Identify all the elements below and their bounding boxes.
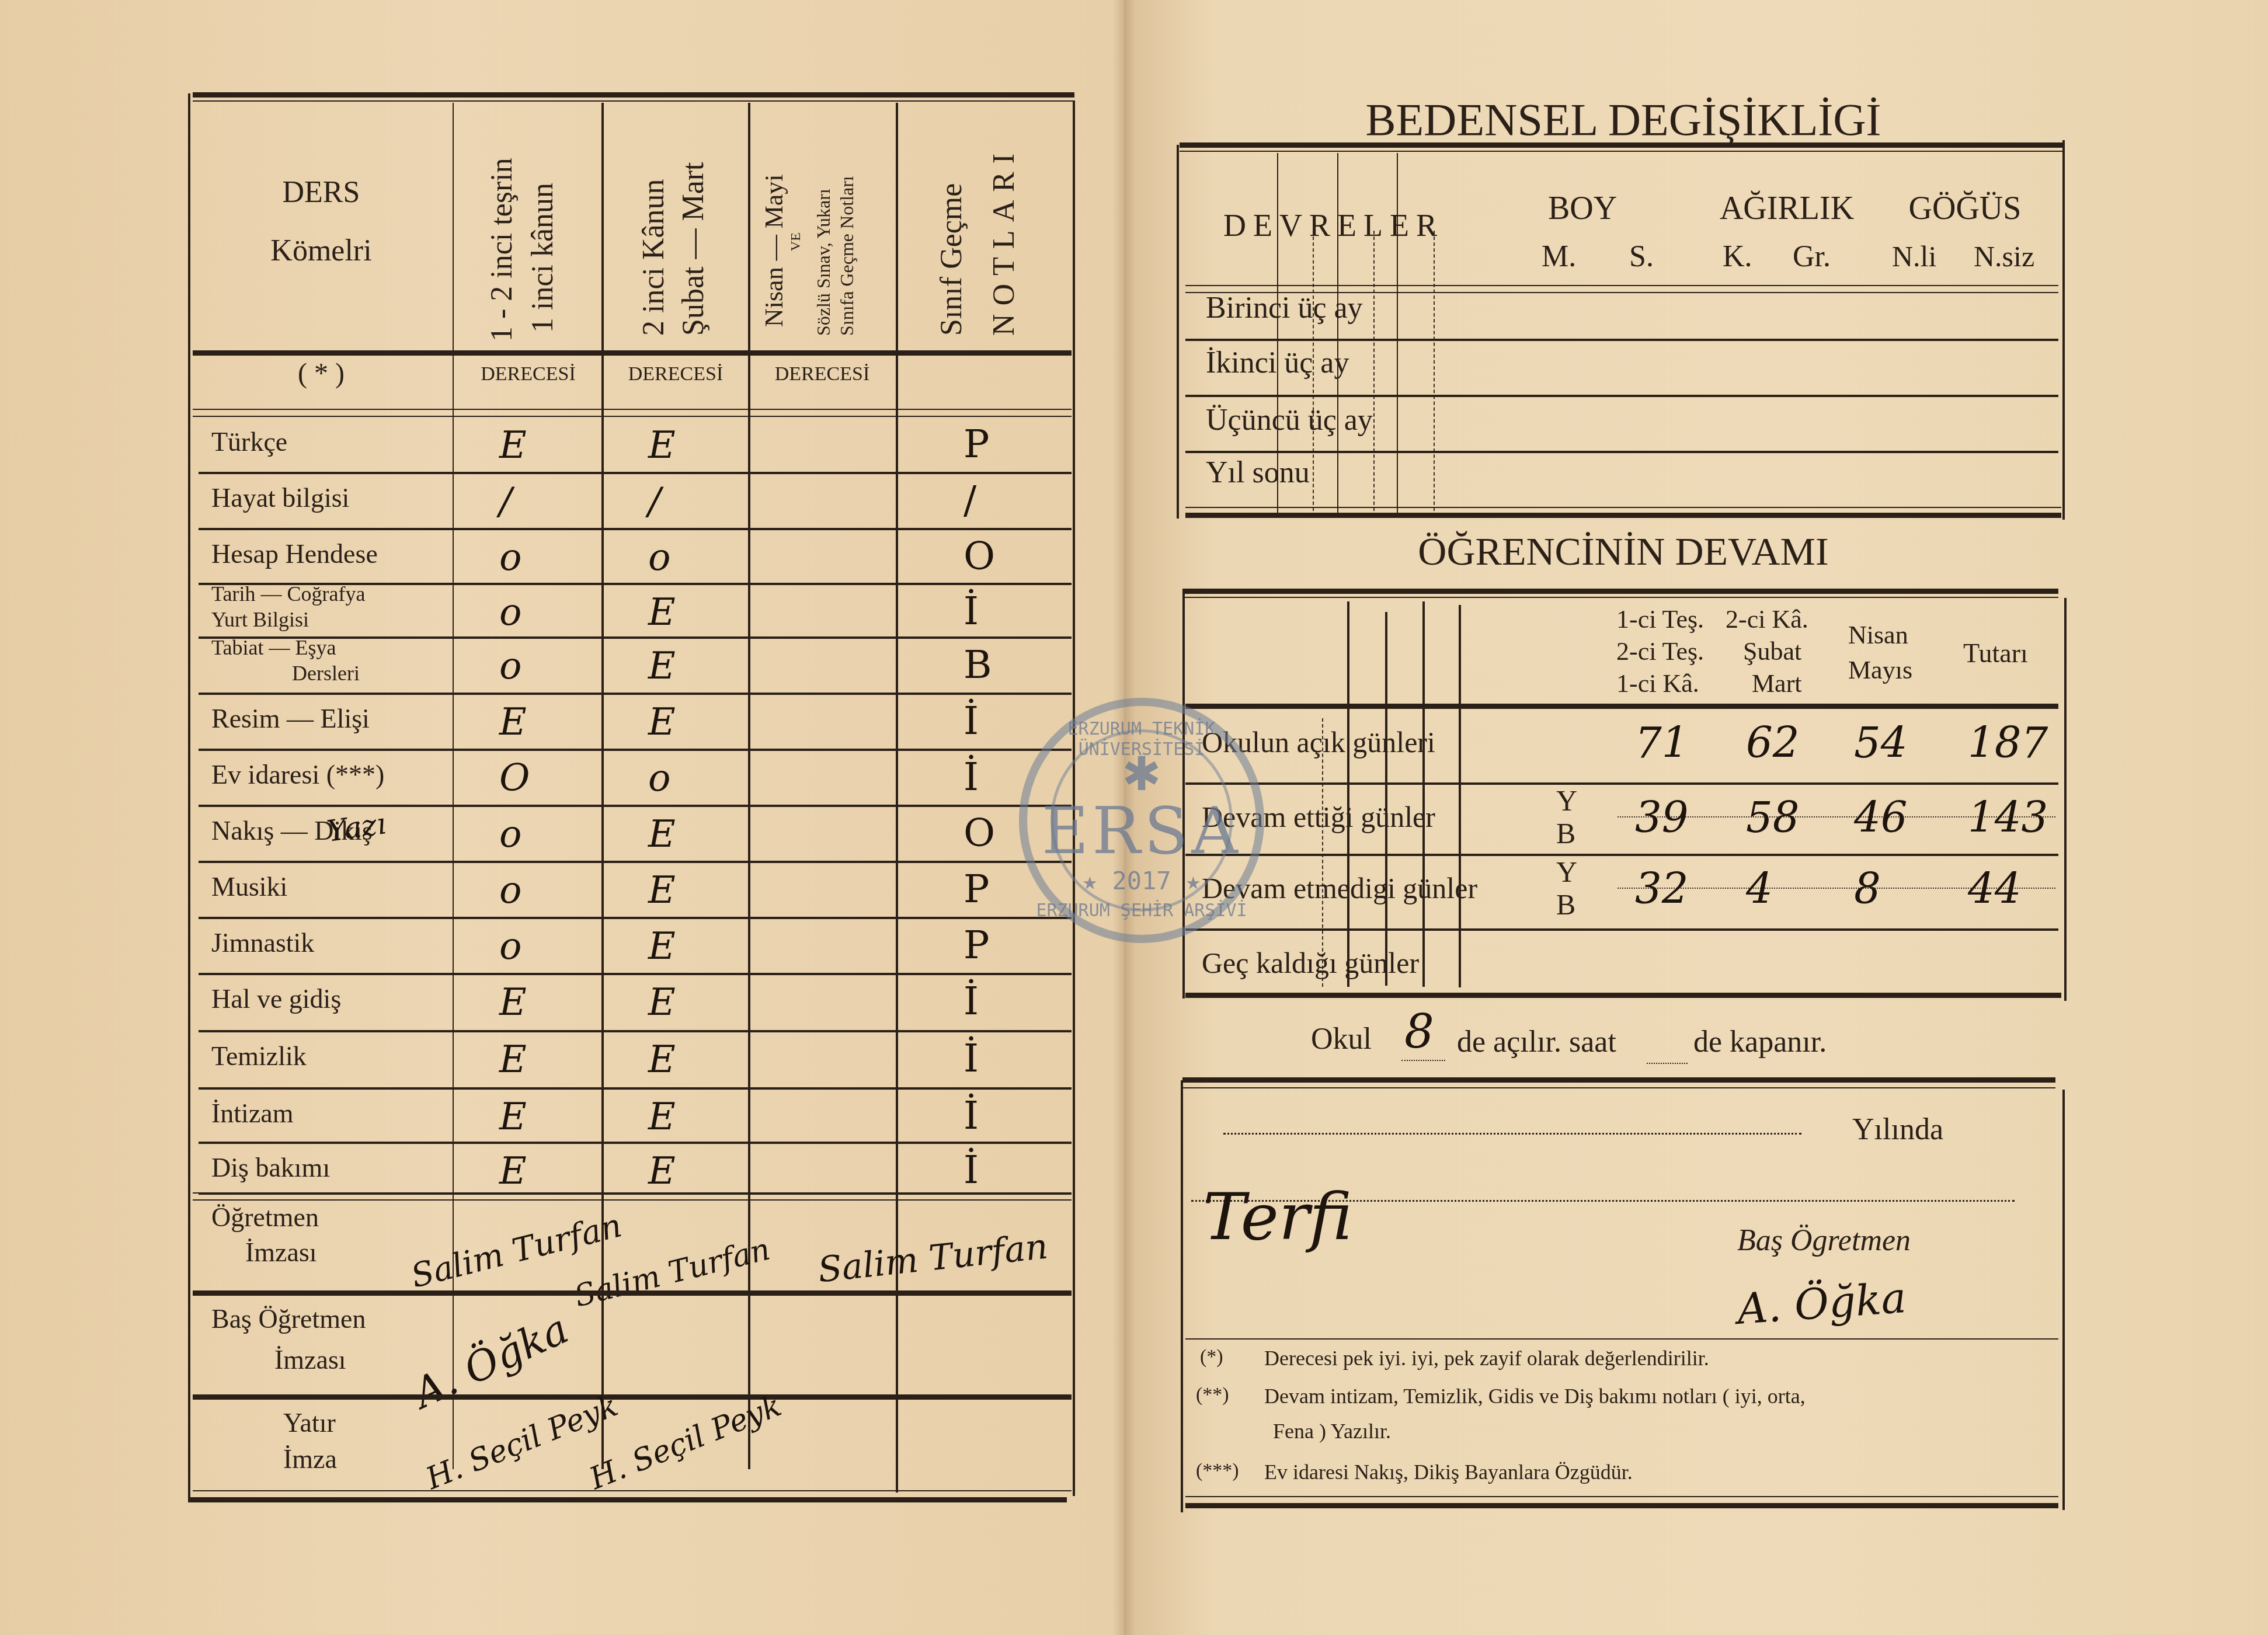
year-blank (1223, 1133, 1801, 1135)
grade-term1: o (499, 536, 522, 579)
open-hour: 8 (1404, 1004, 1434, 1059)
bedensel-top-border (1180, 142, 2064, 148)
subject-name: Hayat bilgisi (211, 482, 349, 513)
subject-name: İntizam (211, 1098, 294, 1129)
subject-name: Hal ve gidiş (211, 983, 341, 1014)
grade-term2: E (648, 1095, 676, 1139)
grade-final: İ (963, 698, 979, 743)
subject-name: Jimnastik (211, 927, 314, 958)
subject-name: Temizlik (211, 1041, 307, 1072)
agirlik-k: K. (1723, 239, 1752, 274)
agirlik-gr: Gr. (1793, 239, 1831, 274)
subject-name: Türkçe (211, 426, 287, 457)
grade-final: P (963, 422, 989, 467)
devam-value: 8 (1854, 864, 1881, 913)
row-divider (199, 1087, 1072, 1090)
devam-value: 44 (1968, 864, 2022, 913)
boy-s: S. (1629, 239, 1654, 274)
subject-name: Ev idaresi (***) (211, 759, 384, 790)
row-divider (199, 973, 1072, 975)
stamp-center-text: ERSA (1027, 794, 1256, 868)
grade-final: / (963, 478, 976, 523)
devam-row-label: Geç kaldığı günler (1202, 946, 1419, 980)
header-divider (193, 350, 1072, 356)
col4-header-line1: Sınıf Geçme (934, 183, 969, 336)
devam-bottom-border (1185, 993, 2061, 998)
promo-right-border (2062, 1090, 2065, 1510)
bedensel-bottom-border (1185, 513, 2061, 518)
bedensel-row-2: İkinci üç ay (1206, 346, 1349, 380)
grade-final: İ (963, 1147, 979, 1192)
footnote-2-text: Devam intizam, Temizlik, Gidis ve Diş ba… (1264, 1384, 1806, 1408)
footnote-1-text: Derecesi pek iyi. iyi, pek zayif olarak … (1264, 1346, 1709, 1370)
hours-closes: de kapanır. (1693, 1025, 1827, 1059)
teacher-label-1: Öğretmen (211, 1202, 319, 1233)
devam-value: 4 (1746, 864, 1773, 913)
sig-divider-mid (193, 1290, 1072, 1296)
sig-divider-top-1 (193, 1192, 1072, 1194)
footnote-2-text2: Fena ) Yazılır. (1273, 1419, 1391, 1443)
col2-header-line2: Şubat — Mart (676, 162, 711, 336)
footnote-1-mark: (*) (1200, 1346, 1223, 1368)
grade-final: P (963, 923, 989, 968)
sig-divider-bottom (193, 1394, 1072, 1400)
grade-term2: E (648, 701, 676, 744)
grade-term1: E (499, 981, 527, 1024)
footnotes-divider (1185, 1338, 2058, 1340)
gogus-nsiz: N.siz (1974, 239, 2034, 273)
subject-name: Tabiat — Eşya (211, 635, 336, 660)
promo-top-border (1182, 1077, 2055, 1083)
footnote-2-mark: (**) (1196, 1384, 1229, 1406)
col3-header-line1: Nisan — Mayi (759, 174, 789, 327)
hours-okul: Okul (1311, 1022, 1372, 1056)
col-divider-4 (896, 103, 898, 1493)
footnote-3-mark: (***) (1196, 1460, 1239, 1482)
devam-row-divider (1185, 854, 2058, 856)
stamp-year: ★ 2017 ★ (1027, 867, 1256, 895)
grade-term1: o (499, 645, 522, 688)
bedensel-agirlik-split (1373, 231, 1375, 517)
derece-label-2: DERECESİ (606, 363, 746, 385)
grade-final: P (963, 867, 989, 912)
col4-header-line2: NOTLARI (987, 145, 1021, 336)
derece-label-3: DERECESİ (752, 363, 892, 385)
devam-col1-l3: 1-ci Kâ. (1616, 669, 1699, 698)
devam-col1-l1: 1-ci Teş. (1616, 604, 1704, 634)
grade-term1: o (499, 925, 522, 968)
bedensel-gogus-split (1434, 231, 1435, 517)
archive-stamp: ERZURUM TEKNİK ÜNİVERSİTESİ ✱ ERSA ★ 201… (1019, 698, 1264, 943)
row-divider (199, 749, 1072, 751)
head-label-2: İmzası (274, 1344, 346, 1375)
promo-bottom-border (1185, 1503, 2058, 1508)
yb-y: Y (1556, 855, 1577, 889)
devam-col3-l1: Nisan (1848, 620, 1908, 650)
grade-term1: E (499, 701, 527, 744)
grade-final: İ (963, 1036, 979, 1081)
row-divider (199, 861, 1072, 863)
grade-term1: o (499, 869, 522, 912)
table-left-border (188, 93, 190, 1501)
table-bottom-border (188, 1497, 1067, 1502)
derece-label-1: DERECESİ (457, 363, 600, 385)
devam-value: 39 (1635, 793, 1689, 842)
row-divider (199, 917, 1072, 919)
devam-col2-l3: Mart (1752, 669, 1802, 698)
col1-header-line1: 1 - 2 inci teşrin (485, 158, 519, 342)
subject-name: Musiki (211, 871, 287, 902)
boy-header: BOY (1507, 190, 1658, 227)
bedensel-row-divider-2 (1185, 395, 2058, 397)
col3-header-line4: Sınıfa Geçme Notları (836, 176, 858, 336)
devam-row-divider (1185, 928, 2058, 931)
devam-top-border (1182, 589, 2058, 594)
subject-name: Tarih — Coğrafya (211, 582, 365, 606)
grade-term1: E (499, 1095, 527, 1139)
yb-b: B (1556, 816, 1575, 850)
footnote-3-text: Ev idaresi Nakış, Dikiş Bayanlara Özgüdü… (1264, 1460, 1633, 1484)
bedensel-row-4: Yıl sonu (1206, 455, 1310, 490)
grade-final: İ (963, 1093, 979, 1138)
promotion-result: Terfi (1203, 1180, 1352, 1254)
subject-name: Hesap Hendese (211, 538, 378, 569)
grade-term2: E (648, 645, 676, 688)
gogus-nli: N.li (1892, 239, 1936, 273)
row-divider (199, 805, 1072, 807)
devam-right-border (2064, 598, 2067, 1001)
subject-name-line2: Yurt Bilgisi (211, 607, 309, 632)
grade-term2: E (648, 424, 676, 467)
devam-value: 143 (1968, 793, 2048, 842)
grade-term1: E (499, 424, 527, 467)
devam-row-divider (1185, 782, 2058, 785)
devam-top-border-inner (1182, 597, 2058, 598)
bedensel-top-border-inner (1180, 151, 2064, 152)
close-hour-blank (1647, 1063, 1688, 1064)
yilinda-label: Yılında (1852, 1112, 1943, 1147)
table-bottom-border-inner (193, 1490, 1072, 1491)
grade-term2: E (648, 869, 676, 912)
yb-b: B (1556, 888, 1575, 921)
devam-value: 54 (1854, 718, 1908, 767)
grade-final: B (963, 642, 992, 687)
bedensel-row-divider-3 (1185, 451, 2058, 453)
open-hour-blank (1401, 1060, 1445, 1061)
yb-y: Y (1556, 784, 1577, 817)
table-top-border-inner (193, 100, 1074, 102)
bedensel-header-divider-1 (1185, 285, 2058, 286)
grade-term1: o (499, 591, 522, 634)
grade-final: O (963, 534, 995, 579)
ders-title: DERS (234, 175, 409, 210)
devam-value: 32 (1635, 864, 1689, 913)
head-label-1: Baş Öğretmen (211, 1303, 366, 1334)
col3-header-line3: Sözlü Sınav, Yukarı (813, 189, 834, 336)
grade-final: İ (963, 589, 979, 634)
promo-bottom-border-inner (1185, 1496, 2058, 1497)
agirlik-header: AĞIRLIK (1693, 190, 1880, 227)
devam-col3-l2: Mayıs (1848, 655, 1912, 685)
grade-term1: o (499, 813, 522, 856)
col3-header-line2: VE (788, 232, 804, 251)
bedensel-left-border (1177, 145, 1179, 519)
devam-value: 62 (1746, 718, 1800, 767)
derece-divider-2 (193, 416, 1072, 417)
guardian-label-2: İmza (283, 1443, 337, 1474)
col-divider-2 (601, 103, 604, 1469)
table-top-border (193, 92, 1074, 98)
grade-term1: E (499, 1150, 527, 1193)
grade-final: İ (963, 754, 979, 799)
grade-term1: E (499, 1038, 527, 1081)
row-divider (199, 528, 1072, 530)
ders-subtitle: Kömelri (234, 234, 409, 268)
row-divider (199, 472, 1072, 474)
devam-value: 58 (1746, 793, 1800, 842)
boy-m: M. (1542, 239, 1576, 274)
col2-header-line1: 2 inci Kânun (636, 179, 671, 336)
stamp-ring-bottom: ERZURUM ŞEHİR ARŞİVİ (1027, 900, 1256, 921)
gogus-header: GÖĞÜS (1877, 190, 2053, 227)
devreler-header: DEVRELER (1223, 207, 1444, 243)
grade-term2: E (648, 591, 676, 634)
bedensel-row-1: Birinci üç ay (1206, 291, 1363, 325)
devam-value: 46 (1854, 793, 1908, 842)
devam-col4: Tutarı (1963, 638, 2028, 669)
devam-value: 71 (1635, 718, 1689, 767)
grade-term2: E (648, 1150, 676, 1193)
grade-term2: E (648, 813, 676, 856)
grade-term1: O (499, 757, 530, 800)
grade-term2: o (648, 536, 671, 579)
devam-title: ÖĞRENCİNİN DEVAMI (1273, 528, 1974, 575)
bedensel-title: BEDENSEL DEGİŞİKLİGİ (1215, 93, 2032, 146)
guardian-label-1: Yatır (283, 1407, 336, 1438)
subject-name: Resim — Elişi (211, 703, 370, 734)
bedensel-row-divider-1 (1185, 339, 2058, 341)
subject-name: Diş bakımı (211, 1152, 330, 1183)
grade-term2: E (648, 925, 676, 968)
hours-opens: de açılır. saat (1457, 1025, 1616, 1059)
head-teacher-title: Baş Ögretmen (1737, 1223, 1911, 1258)
grade-term1: / (499, 480, 512, 523)
grade-term2: E (648, 981, 676, 1024)
grade-term2: / (648, 480, 661, 523)
bedensel-right-border (2062, 140, 2065, 520)
row-divider (199, 693, 1072, 695)
row-divider (199, 1030, 1072, 1032)
bedensel-bottom-border-inner (1185, 507, 2061, 508)
col1-header-line2: 1 inci kânun (526, 183, 560, 333)
bedensel-row-3: Üçüncü üç ay (1206, 403, 1373, 437)
devam-col1-l2: 2-ci Teş. (1616, 636, 1704, 666)
grade-term2: o (648, 757, 671, 800)
teacher-label-2: İmzası (245, 1237, 317, 1268)
devam-col2-l1: 2-ci Kâ. (1726, 604, 1808, 634)
devam-col2-l2: Şubat (1743, 636, 1801, 666)
grade-term2: E (648, 1038, 676, 1081)
footnote-mark: ( * ) (234, 357, 409, 389)
devam-value: 187 (1968, 718, 2048, 767)
row-divider (199, 1142, 1072, 1144)
subject-name-line2: Dersleri (292, 661, 360, 686)
grade-final: İ (963, 979, 979, 1024)
promo-left-border (1181, 1080, 1183, 1512)
grade-final: O (963, 810, 995, 855)
sig-divider-top-2 (193, 1199, 1072, 1201)
promo-top-border-inner (1182, 1087, 2055, 1088)
derece-divider-1 (193, 409, 1072, 410)
devam-header-divider (1185, 704, 2058, 709)
